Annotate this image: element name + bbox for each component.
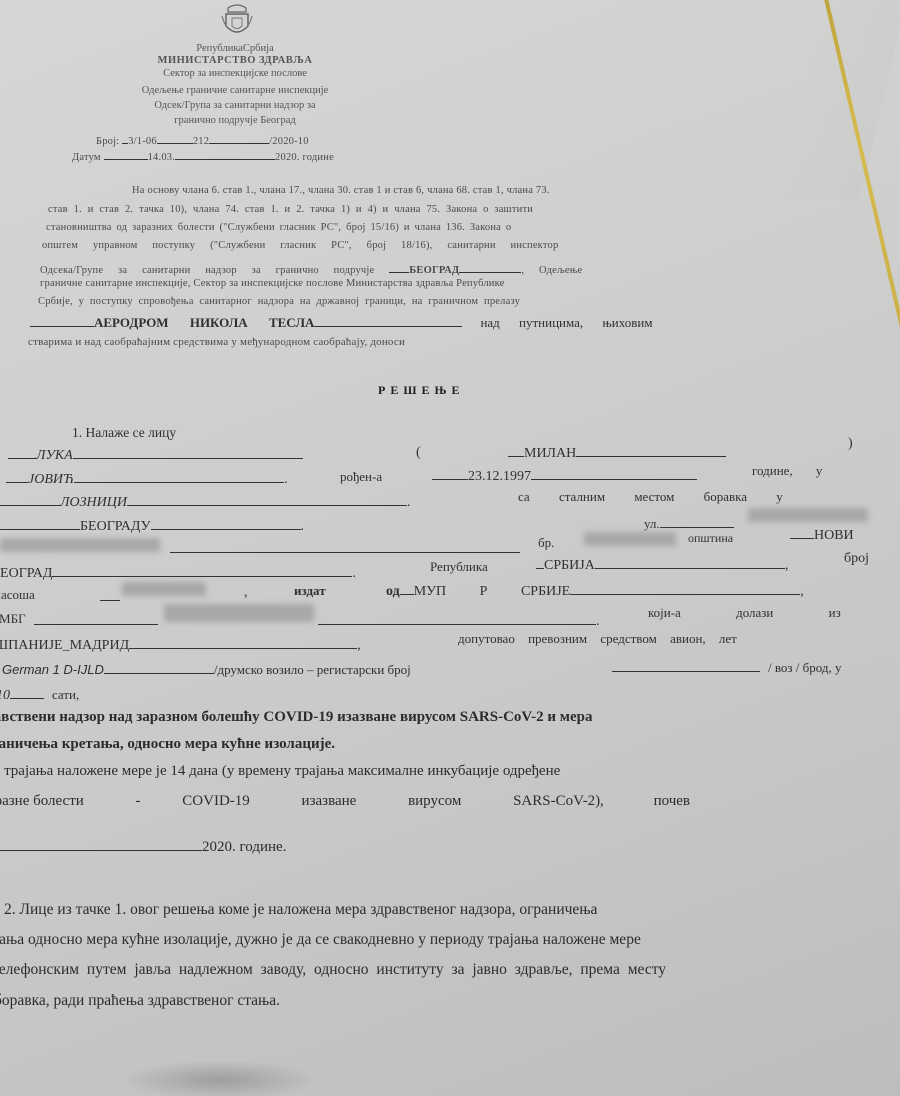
street-row: ул. xyxy=(644,515,734,530)
issued-label: издат xyxy=(294,584,326,597)
paren-open: ( xyxy=(416,446,421,460)
document-title: РЕШЕЊЕ xyxy=(378,384,465,396)
train-ship-label: / воз / брод, у xyxy=(768,660,842,675)
jmbg-blank-2: . xyxy=(318,612,600,629)
surname-value: ЈОВИЋ xyxy=(28,472,74,487)
row-residence-city: БЕОГРАДУ. xyxy=(0,517,304,534)
redacted-number xyxy=(584,532,676,546)
number-suffix: /2020-10 xyxy=(269,136,309,147)
date-value: 14.03. xyxy=(148,152,175,163)
birth-place-value: ЛОЗНИЦИ xyxy=(60,495,127,510)
header-area: гранично подручје Београд xyxy=(70,116,400,127)
issued-by-value: МУП Р СРБИЈЕ xyxy=(414,584,571,599)
paper-edge-shadow xyxy=(780,0,900,200)
header-republic: РепубликаСрбија xyxy=(70,44,400,55)
date-year: 2020. године xyxy=(275,152,334,163)
republic-label: Република xyxy=(430,560,488,573)
row-birth-place: ЛОЗНИЦИ. xyxy=(0,493,410,510)
origin-value: ШПАНИЈЕ_МАДРИД xyxy=(0,638,129,653)
arriving-label: који-а долази из xyxy=(648,606,841,619)
row-first-name: ЛУКА xyxy=(8,446,303,463)
row-municipality-cont: БЕОГРАД. xyxy=(0,564,356,581)
residence-city-value: БЕОГРАДУ xyxy=(80,519,151,534)
time-row: 10сати, xyxy=(0,686,79,703)
header-group: Одсек/Група за санитарни надзор за xyxy=(70,101,400,112)
municipality-value-cont: БЕОГРАД xyxy=(0,566,52,581)
origin-row: ШПАНИЈЕ_МАДРИД, xyxy=(0,636,361,653)
republic-row: СРБИЈА, xyxy=(536,556,788,573)
header-sector: Сектор за инспекцијске послове xyxy=(70,69,400,80)
jmbg-label: ЈМБГ xyxy=(0,612,26,625)
row-surname: ЈОВИЋ. xyxy=(6,470,288,487)
row-birth-date: 23.12.1997 xyxy=(432,467,697,484)
flight-value: German 1 D-IJLD xyxy=(2,662,104,677)
number-mid: 212 xyxy=(193,136,209,147)
measure-line-1: здравствени надзор над заразном болешћу … xyxy=(0,710,593,725)
header-date-row: Датум 14.03.2020. године xyxy=(72,147,334,164)
redacted-street-cont xyxy=(0,538,160,552)
vehicle-label: /друмско возило – регистарски број xyxy=(214,662,411,677)
passport-comma: , xyxy=(244,586,248,600)
header-department: Одељење граничне санитарне инспекције xyxy=(70,86,400,97)
duration-year-row: 2020. године. xyxy=(0,832,286,855)
preamble-crossing-value: АЕРОДРОМ НИКОЛА ТЕСЛА xyxy=(94,315,314,330)
preamble-line-3: становништва од заразних болести ("Служб… xyxy=(46,223,511,234)
redacted-passport xyxy=(122,582,206,596)
preamble-line-6: граничне санитарне инспекције, Сектор за… xyxy=(40,279,505,290)
redacted-street xyxy=(748,508,868,522)
traveled-label: допутовао превозним средством авион, лет xyxy=(458,632,737,645)
serbian-coat-of-arms-icon xyxy=(220,2,254,40)
municipality-label: општина xyxy=(688,532,733,544)
section2-line-1: 2. Лице из тачке 1. овог решења коме је … xyxy=(4,902,597,918)
number-label: Број: xyxy=(96,136,119,147)
year-label: године, у xyxy=(752,464,822,477)
section2-line-4: боравка, ради праћења здравственог стања… xyxy=(0,993,280,1009)
jmbg-blank xyxy=(34,612,158,629)
first-name-value: ЛУКА xyxy=(36,448,73,463)
residence-label: са сталним местом боравка у xyxy=(518,490,783,503)
issued-by-row: одМУП Р СРБИЈЕ, xyxy=(386,582,804,599)
section2-line-3: телефонским путем јавља надлежном заводу… xyxy=(0,962,666,978)
doc-number-label: број xyxy=(844,552,869,566)
header-ministry: МИНИСТАРСТВО ЗДРАВЉА xyxy=(70,56,400,67)
preamble-line-8: АЕРОДРОМ НИКОЛА ТЕСЛАнад путницима, њихо… xyxy=(30,314,653,329)
registration-row: / воз / брод, у xyxy=(612,659,842,676)
preamble-line-5: Одсека/Групе за санитарни надзор за гран… xyxy=(40,260,582,277)
parent-name-value: МИЛАН xyxy=(524,446,576,461)
number-label: бр. xyxy=(538,536,554,549)
section1-intro: 1. Налаже се лицу xyxy=(72,426,176,440)
header-number-row: Број: 3/1-06212/2020-10 xyxy=(96,131,309,148)
passport-label: пасоша xyxy=(0,588,35,601)
municipality-row: НОВИ xyxy=(790,526,854,543)
preamble-line-7: Србије, у поступку спровођења санитарног… xyxy=(38,297,520,308)
bottom-shadow xyxy=(120,1060,320,1096)
preamble-line-1: На основу члана 6. став 1., члана 17., ч… xyxy=(132,186,550,197)
number-value: 3/1-06 xyxy=(128,136,157,147)
passport-blank xyxy=(100,588,120,605)
redacted-jmbg xyxy=(164,604,314,622)
preamble-line-9: стварима и над саобраћајним средствима у… xyxy=(28,337,405,348)
birth-date-value: 23.12.1997 xyxy=(468,469,531,484)
street-label: ул. xyxy=(644,516,660,531)
section2-line-2: кретања односно мера кућне изолације, ду… xyxy=(0,932,641,948)
duration-year: 2020. године. xyxy=(202,839,286,855)
hours-label: сати, xyxy=(52,687,79,702)
row-parent-name: МИЛАН xyxy=(508,444,726,461)
document-page: РепубликаСрбија МИНИСТАРСТВО ЗДРАВЉА Сек… xyxy=(0,0,900,1096)
municipality-value: НОВИ xyxy=(814,528,854,543)
paren-close: ) xyxy=(848,437,853,451)
preamble-area-value: БЕОГРАД xyxy=(409,265,459,276)
date-label: Датум xyxy=(72,152,101,163)
duration-line-2: заразне болести - COVID-19 изазване виру… xyxy=(0,794,690,809)
preamble-line-4: општем управном поступку ("Службени глас… xyxy=(42,241,558,252)
flight-row: German 1 D-IJLD/друмско возило – региста… xyxy=(2,661,411,678)
time-value: 10 xyxy=(0,688,10,703)
duration-line-1: Време трајања наложене мере је 14 дана (… xyxy=(0,764,560,779)
republic-value: СРБИЈА xyxy=(544,558,595,573)
measure-line-2: ограничења кретања, односно мера кућне и… xyxy=(0,737,335,752)
row-number-blank xyxy=(170,540,520,557)
preamble-line-2: став 1. и став 2. тачка 10), члана 74. с… xyxy=(48,205,533,216)
born-label: рођен-а xyxy=(340,470,382,483)
